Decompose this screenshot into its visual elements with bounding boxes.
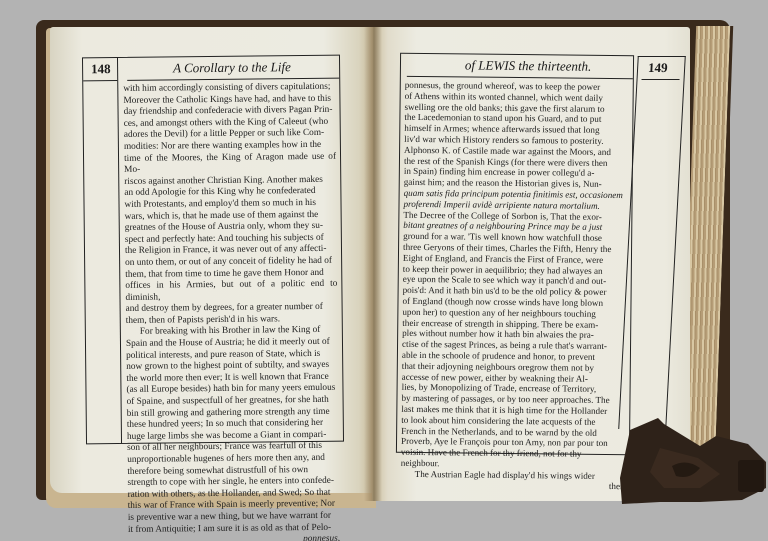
text-line: and destroy them by degrees, for a great… — [126, 302, 338, 316]
text-line: time of the Moores, the King of Aragon m… — [124, 151, 336, 176]
page-number-rule — [642, 79, 680, 80]
left-margin-rule — [117, 58, 122, 443]
page-number: 149 — [648, 60, 668, 76]
running-head: A Corollary to the Life — [173, 59, 291, 76]
left-page-frame: 148 A Corollary to the Life with him acc… — [82, 55, 344, 445]
right-page-text: ponnesus, the ground whereof, was to kee… — [401, 80, 629, 493]
head-rule — [407, 76, 633, 79]
page-number-rule — [83, 80, 117, 81]
page-number: 148 — [91, 61, 111, 77]
book-gutter — [364, 27, 382, 501]
head-rule — [127, 78, 339, 81]
left-page-text: with him accordingly consisting of diver… — [123, 82, 340, 541]
right-page-frame: of LEWIS the thirteenth. ponnesus, the g… — [396, 53, 634, 455]
book-stand — [620, 418, 768, 506]
text-line: offices in his Armies, but out of a poli… — [125, 279, 337, 304]
running-head: of LEWIS the thirteenth. — [465, 57, 592, 74]
